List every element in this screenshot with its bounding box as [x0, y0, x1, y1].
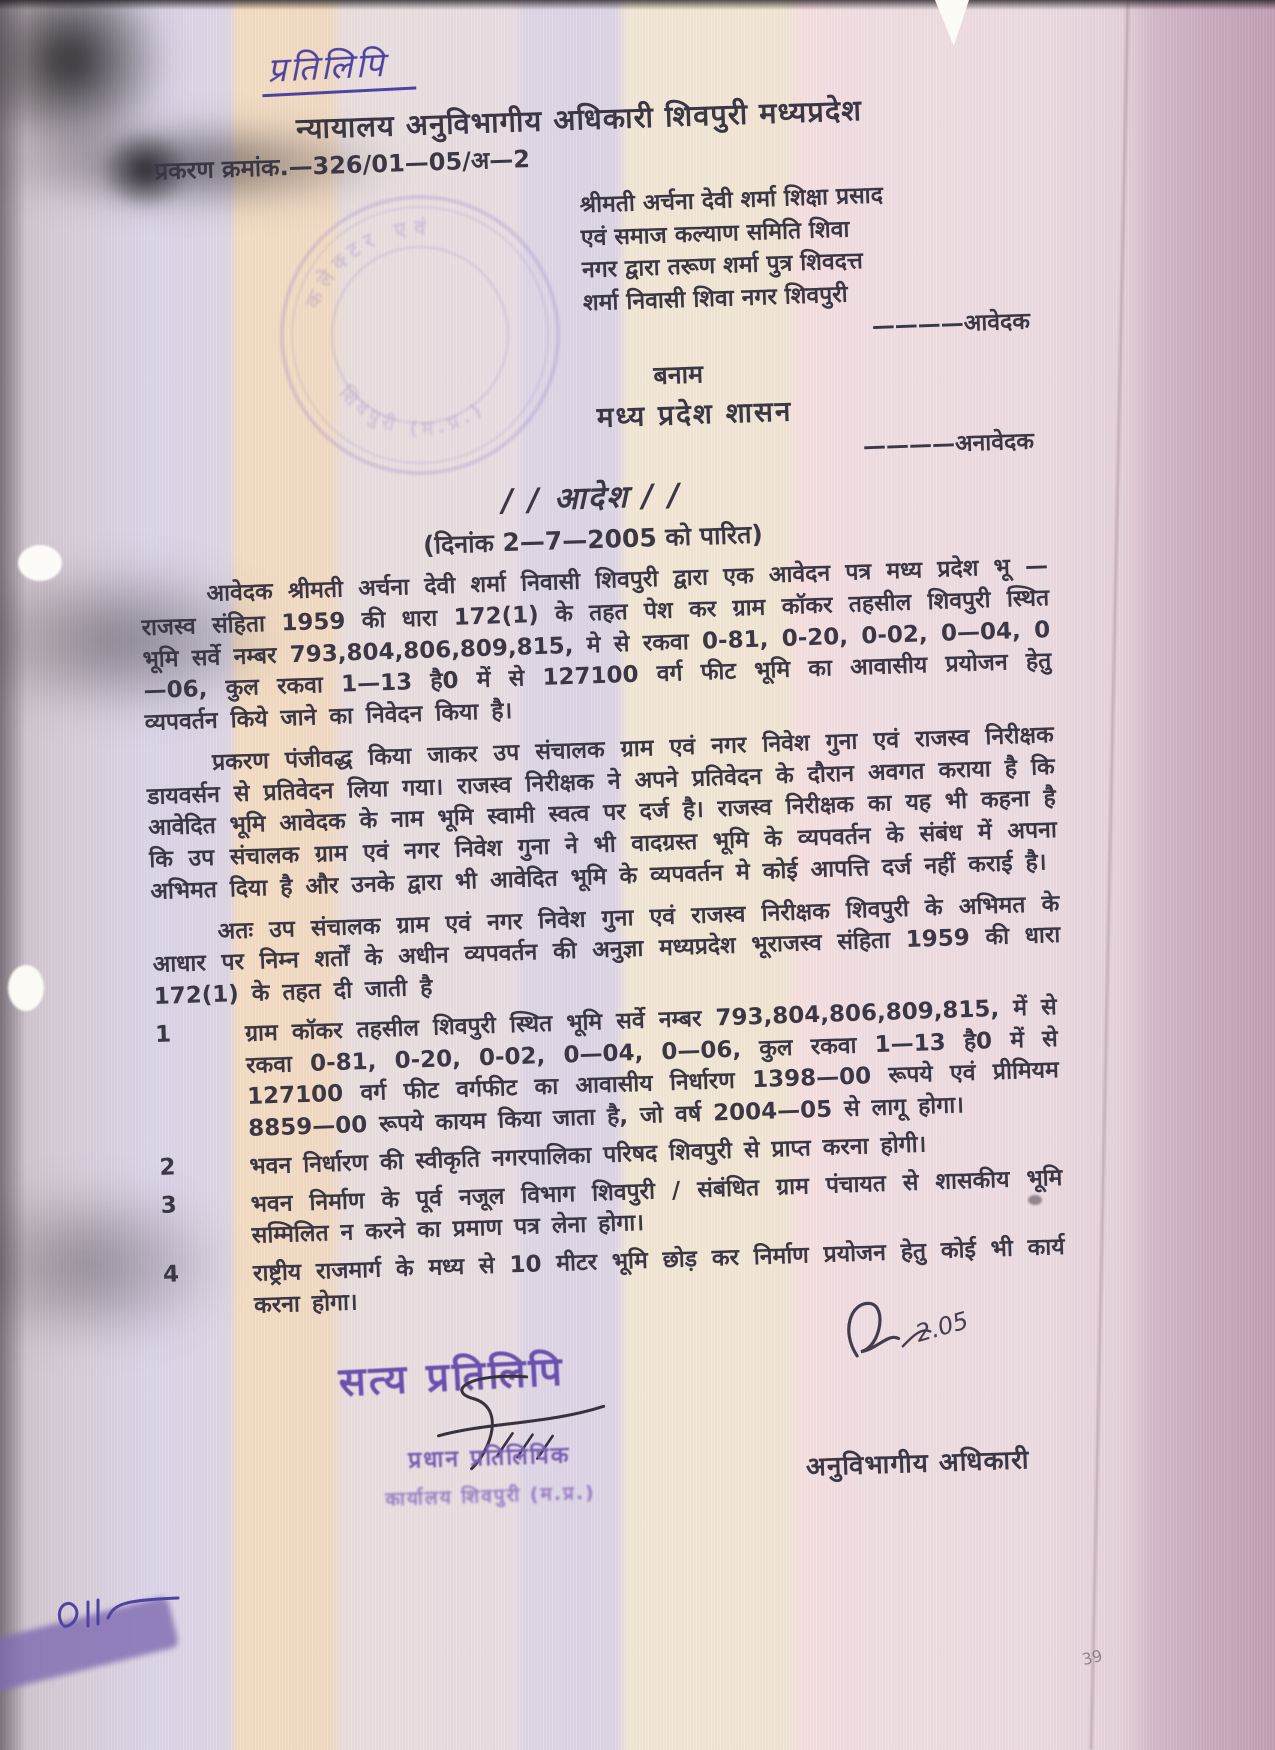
condition-item: 1 ग्राम कॉकर तहसील शिवपुरी स्थित भूमि सर… [155, 992, 1067, 1149]
paper-fold-crease [1090, 0, 1130, 1750]
scanned-document-page: कलेक्टर एवं शिवपुरी (म.प्र.) प्रतिलिपि न… [0, 0, 1275, 1750]
condition-number: 3 [160, 1191, 218, 1256]
copyist-stamp-block: प्रधान प्रतिलिपिक कार्यालय शिवपुरी (म.प्… [319, 1435, 661, 1514]
applicant-block: श्रीमती अर्चना देवी शर्मा शिक्षा प्रसाद … [579, 175, 1030, 353]
condition-number: 2 [159, 1153, 216, 1187]
copyist-signature-scribble-icon [376, 1360, 620, 1498]
condition-number: 4 [163, 1260, 221, 1325]
conditions-list: 1 ग्राम कॉकर तहसील शिवपुरी स्थित भूमि सर… [155, 992, 1073, 1326]
page-top-edge-shadow [0, 0, 1275, 10]
order-paragraph: अतः उप संचालक ग्राम एवं नगर निवेश गुना ए… [151, 889, 1062, 1014]
page-left-edge-shadow [0, 0, 26, 1750]
condition-number: 1 [155, 1020, 215, 1149]
officer-signature-block: 2.05 अनुविभागीय अधिकारी [782, 1284, 1048, 1485]
office-stamp-line: कार्यालय शिवपुरी (म.प्र.) [320, 1477, 661, 1514]
paper-hole [8, 965, 44, 1011]
officer-title: अनुविभागीय अधिकारी [787, 1440, 1048, 1485]
margin-scribble-icon [48, 1588, 188, 1648]
order-paragraph: आवेदक श्रीमती अर्चना देवी शर्मा निवासी श… [140, 551, 1053, 740]
page-number: 39 [1080, 1646, 1104, 1669]
paper-hole [18, 545, 62, 581]
signature-area: सत्य प्रतिलिपि 2.05 अनुविभागीय अधिकारी प… [165, 1301, 1080, 1571]
officer-signature-scribble-icon [817, 1285, 1010, 1377]
document-body: प्रतिलिपि न्यायालय अनुविभागीय अधिकारी शि… [122, 19, 1080, 1571]
handwritten-copy-note: प्रतिलिपि [260, 39, 416, 98]
condition-text: ग्राम कॉकर तहसील शिवपुरी स्थित भूमि सर्व… [245, 992, 1061, 1146]
order-paragraph: प्रकरण पंजीवद्ध किया जाकर उप संचालक ग्रा… [146, 720, 1059, 909]
